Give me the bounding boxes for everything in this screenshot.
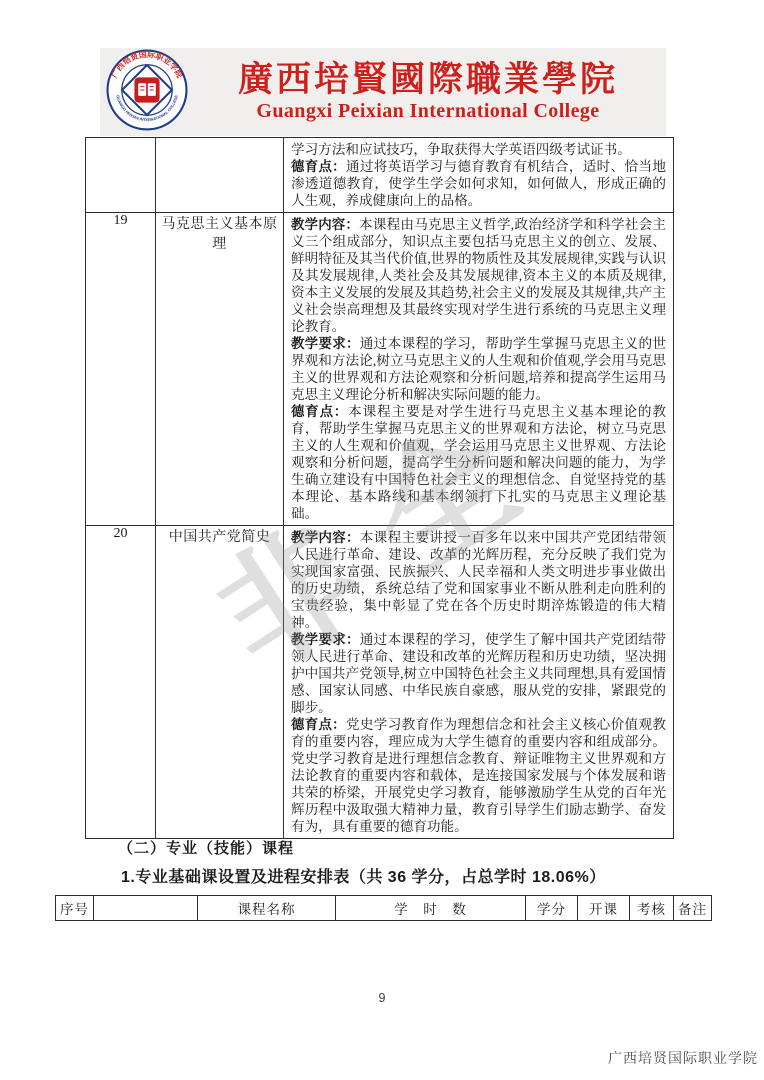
teaching-requirement: 教学要求：通过本课程的学习，使学生了解中国共产党团结带领人民进行革命、建设和改革… [291,631,666,716]
table-row-continued: 学习方法和应试技巧，争取获得大学英语四级考试证书。 德育点：通过将英语学习与德育… [86,138,674,213]
teaching-content: 教学内容：本课程主要讲授一百多年以来中国共产党团结带领人民进行革命、建设、改革的… [291,529,666,631]
seal-book-badge [134,77,159,102]
col-header-semester: 开课 [578,896,630,921]
course-description-table: 学习方法和应试技巧，争取获得大学英语四级考试证书。 德育点：通过将英语学习与德育… [85,137,674,839]
subsection-heading-basic-course-table: 1.专业基础课设置及进程安排表（共 36 学分，占总学时 18.06%） [121,864,606,887]
college-titles: 廣西培賢國際職業學院 Guangxi Peixian International… [190,62,666,123]
course-detail-cell: 教学内容：本课程主要讲授一百多年以来中国共产党团结带领人民进行革命、建设、改革的… [284,526,674,839]
college-seal-icon: 广西培贤国际职业学院 GUANGXI PEIXIAN INTERNATIONAL… [104,48,190,132]
course-detail-cell: 学习方法和应试技巧，争取获得大学英语四级考试证书。 德育点：通过将英语学习与德育… [284,138,674,213]
col-header-assessment: 考核 [630,896,674,921]
course-schedule-table-header: 序号 课程名称 学 时 数 学分 开课 考核 备注 [55,895,712,921]
college-letterhead: 广西培贤国际职业学院 GUANGXI PEIXIAN INTERNATIONAL… [100,48,666,136]
table-row-19: 19 马克思主义基本原理 教学内容：本课程由马克思主义哲学,政治经济学和科学社会… [86,213,674,526]
page-number: 9 [0,991,764,1005]
course-name-cell: 中国共产党简史 [156,526,284,839]
course-number-cell [86,138,156,213]
col-header-serial: 序号 [56,896,94,921]
moral-point: 德育点：本课程主要是对学生进行马克思主义基本理论的教育，帮助学生掌握马克思主义的… [291,403,666,522]
moral-point: 德育点：党史学习教育作为理想信念和社会主义核心价值观教育的重要内容，理应成为大学… [291,716,666,835]
continued-text: 学习方法和应试技巧，争取获得大学英语四级考试证书。 [291,141,666,158]
col-header-remarks: 备注 [674,896,712,921]
col-header-empty [94,896,198,921]
footer-school-mark: 广西培贤国际职业学院 [608,1048,758,1068]
course-detail-cell: 教学内容：本课程由马克思主义哲学,政治经济学和科学社会主义三个组成部分，知识点主… [284,213,674,526]
table-row-20: 20 中国共产党简史 教学内容：本课程主要讲授一百多年以来中国共产党团结带领人民… [86,526,674,839]
moral-point: 德育点：通过将英语学习与德育教育有机结合，适时、恰当地渗透道德教育，使学生学会如… [291,158,666,209]
col-header-credits: 学分 [526,896,578,921]
course-name-cell: 马克思主义基本原理 [156,213,284,526]
college-name-chinese: 廣西培賢國際職業學院 [238,62,618,99]
col-header-class-hours: 学 时 数 [336,896,526,921]
college-logo: 广西培贤国际职业学院 GUANGXI PEIXIAN INTERNATIONAL… [104,48,190,137]
teaching-requirement: 教学要求：通过本课程的学习，帮助学生掌握马克思主义的世界观和方法论,树立马克思主… [291,335,666,403]
teaching-content: 教学内容：本课程由马克思主义哲学,政治经济学和科学社会主义三个组成部分，知识点主… [291,216,666,335]
college-name-english: Guangxi Peixian International College [256,100,599,122]
course-number-cell: 20 [86,526,156,839]
course-name-cell [156,138,284,213]
col-header-course-name: 课程名称 [198,896,336,921]
table-header-row: 序号 课程名称 学 时 数 学分 开课 考核 备注 [56,896,712,921]
document-page: 广西培贤国际职业学院 GUANGXI PEIXIAN INTERNATIONAL… [0,0,764,1080]
course-number-cell: 19 [86,213,156,526]
section-heading-professional-courses: （二）专业（技能）课程 [118,837,294,858]
